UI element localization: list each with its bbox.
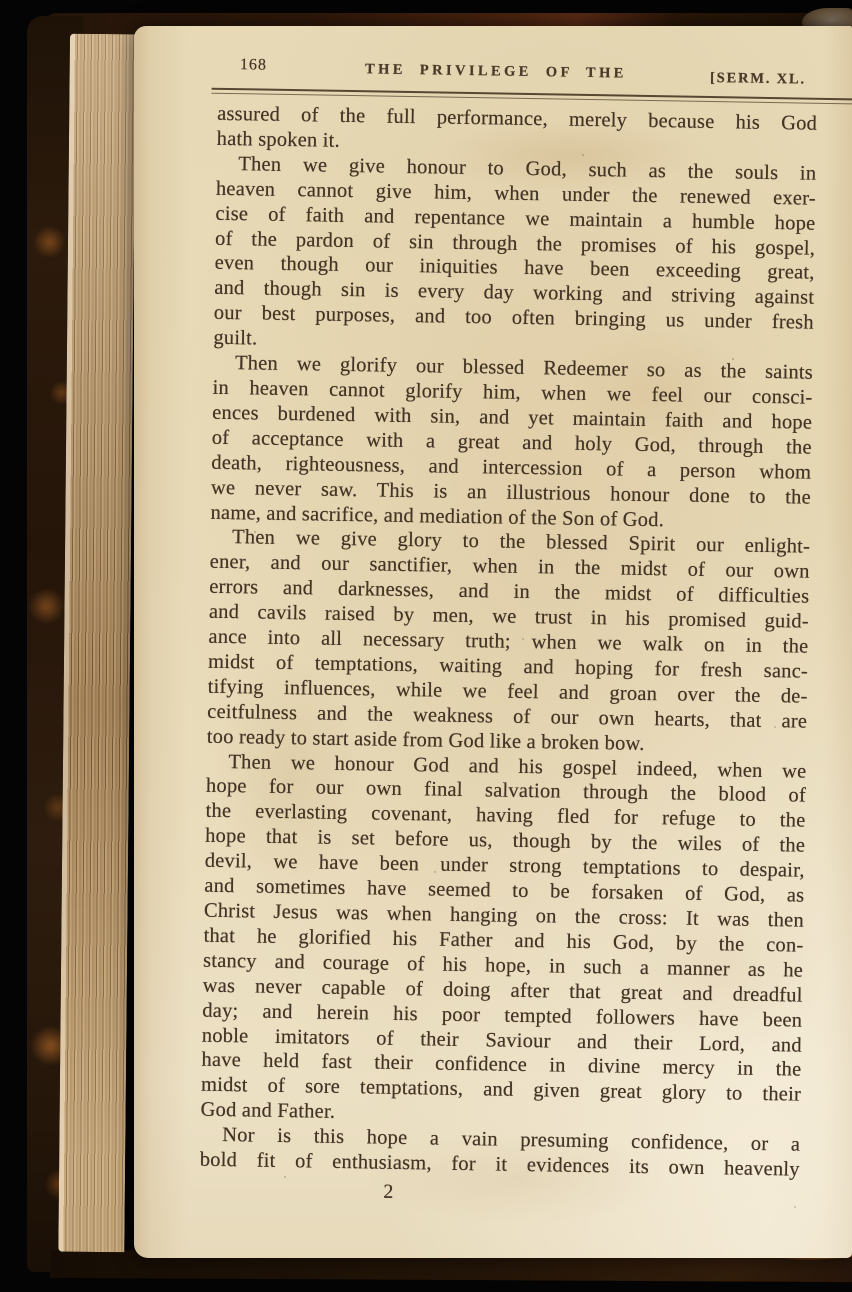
book-page: 168 THE PRIVILEGE OF THE [SERM. XL. assu… [134,26,852,1258]
printed-content: 168 THE PRIVILEGE OF THE [SERM. XL. assu… [199,54,818,1211]
paragraph: Then we glorify our blessed Redeemer so … [210,351,813,535]
page-specks [134,26,136,28]
running-title: THE PRIVILEGE OF THE [196,58,796,85]
paragraph: Nor is this hope a vain presuming confid… [200,1123,801,1183]
paragraph: Then we give honour to God, such as the … [213,152,816,361]
page-edge-stack [58,34,136,1253]
sermon-reference: [SERM. XL. [710,70,806,89]
page-header: 168 THE PRIVILEGE OF THE [SERM. XL. [218,54,818,94]
book-scan: 168 THE PRIVILEGE OF THE [SERM. XL. assu… [0,0,852,1292]
body-text: assured of the full performance, merely … [200,102,818,1183]
paragraph: Then we honour God and his gospel indeed… [200,749,806,1132]
paragraph: Then we give glory to the blessed Spirit… [207,525,811,759]
